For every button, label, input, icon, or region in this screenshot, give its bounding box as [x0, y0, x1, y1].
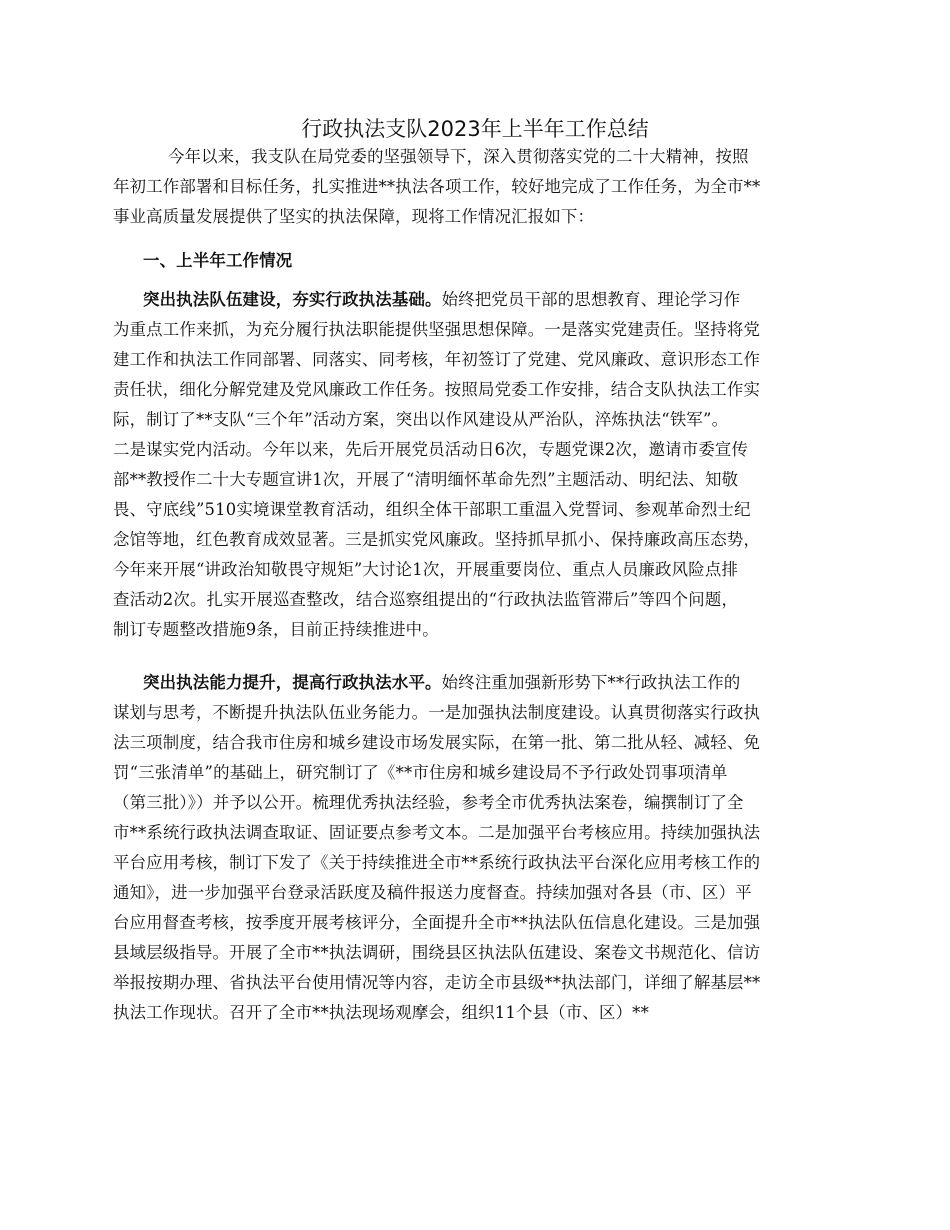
- paragraph-line: 际，制订了**支队“三个年”活动方案，突出以作风建设从严治队，淬炼执法“铁军”。: [113, 410, 728, 430]
- paragraph-line: 台应用督查考核，按季度开展考核评分，全面提升全市**执法队伍信息化建设。三是加强: [113, 913, 760, 933]
- section-heading: 一、上半年工作情况: [143, 251, 292, 271]
- document-page: 行政执法支队2023年上半年工作总结 今年以来，我支队在局党委的坚强领导下，深入…: [0, 0, 950, 1230]
- intro-line: 今年以来，我支队在局党委的坚强领导下，深入贯彻落实党的二十大精神，按照: [168, 147, 749, 167]
- paragraph-line: 谋划与思考，不断提升执法队伍业务能力。一是加强执法制度建设。认真贯彻落实行政执: [113, 703, 760, 723]
- paragraph-line: 通知》，进一步加强平台登录活跃度及稿件报送力度督查。持续加强对各县（市、区）平: [113, 883, 752, 903]
- paragraph-line: 县域层级指导。开展了全市**执法调研，围绕县区执法队伍建设、案卷文书规范化、信访: [113, 943, 760, 963]
- paragraph-line: 部**教授作二十大专题宣讲1次，开展了“清明缅怀革命先烈”主题活动、明纪法、知敬: [113, 470, 738, 490]
- paragraph-line: 举报按期办理、省执法平台使用情况等内容，走访全市县级**执法部门，详细了解基层*…: [113, 973, 760, 993]
- paragraph-text: 始终把党员干部的思想教育、理论学习作: [442, 290, 741, 309]
- paragraph-lead: 突出执法能力提升，提高行政执法水平。: [143, 673, 442, 692]
- paragraph-line: 责任状，细化分解党建及党风廉政工作任务。按照局党委工作安排，结合支队执法工作实: [113, 380, 760, 400]
- paragraph-line: 法三项制度，结合我市住房和城乡建设市场发展实际，在第一批、第二批从轻、减轻、免: [113, 733, 760, 753]
- paragraph-line: 念馆等地，红色教育成效显著。三是抓实党风廉政。坚持抓早抓小、保持廉政高压态势，: [113, 530, 760, 550]
- document-title: 行政执法支队2023年上半年工作总结: [0, 113, 950, 143]
- paragraph-line: 今年来开展“讲政治知敬畏守规矩”大讨论1次，开展重要岗位、重点人员廉政风险点排: [113, 560, 738, 580]
- paragraph-line: 罚“三张清单”的基础上，研究制订了《**市住房和城乡建设局不予行政处罚事项清单: [113, 763, 728, 783]
- paragraph-line: 制订专题整改措施9条，目前正持续推进中。: [113, 620, 439, 640]
- paragraph-line: 执法工作现状。召开了全市**执法现场观摩会，组织11个县（市、区）**: [113, 1003, 649, 1023]
- paragraph-first-line: 突出执法能力提升，提高行政执法水平。始终注重加强新形势下**行政执法工作的: [143, 673, 740, 693]
- paragraph-line: 为重点工作来抓，为充分履行执法职能提供坚强思想保障。一是落实党建责任。坚持将党: [113, 320, 760, 340]
- paragraph-line: 畏、守底线”510实境课堂教育活动，组织全体干部职工重温入党誓词、参观革命烈士纪: [113, 500, 751, 520]
- paragraph-line: 平台应用考核，制订下发了《关于持续推进全市**系统行政执法平台深化应用考核工作的: [113, 853, 760, 873]
- paragraph-line: 查活动2次。扎实开展巡查整改，结合巡察组提出的“行政执法监管滞后”等四个问题，: [113, 590, 738, 610]
- paragraph-line: 建工作和执法工作同部署、同落实、同考核，年初签订了党建、党风廉政、意识形态工作: [113, 350, 760, 370]
- paragraph-line: 二是谋实党内活动。今年以来，先后开展党员活动日6次，专题党课2次，邀请市委宣传: [113, 440, 748, 460]
- paragraph-line: 市**系统行政执法调查取证、固证要点参考文本。二是加强平台考核应用。持续加强执法: [113, 823, 760, 843]
- paragraph-line: （第三批）》）并予以公开。梳理优秀执法经验，参考全市优秀执法案卷，编撰制订了全: [113, 793, 744, 813]
- paragraph-first-line: 突出执法队伍建设，夯实行政执法基础。始终把党员干部的思想教育、理论学习作: [143, 290, 740, 310]
- paragraph-text: 始终注重加强新形势下**行政执法工作的: [442, 673, 741, 692]
- intro-line: 事业高质量发展提供了坚实的执法保障，现将工作情况汇报如下：: [113, 207, 594, 227]
- intro-line: 年初工作部署和目标任务，扎实推进**执法各项工作，较好地完成了工作任务，为全市*…: [113, 177, 760, 197]
- paragraph-lead: 突出执法队伍建设，夯实行政执法基础。: [143, 290, 442, 309]
